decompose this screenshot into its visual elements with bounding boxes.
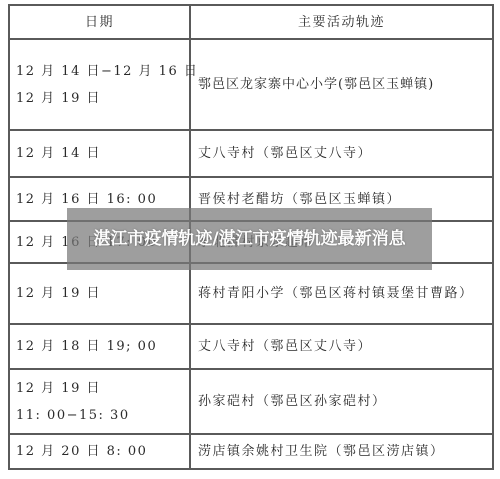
- table-row: 12 月 20 日 8: 00 涝店镇余姚村卫生院（鄠邑区涝店镇）: [10, 435, 492, 468]
- location-cell: 丈八寺村（鄠邑区丈八寺）: [191, 131, 492, 176]
- date-cell: 12 月 14 日: [10, 131, 191, 176]
- table-row: 12 月 19 日 11: 00−15: 30 孙家硙村（鄠邑区孙家硙村）: [10, 370, 492, 435]
- table-row: 12 月 18 日 19; 00 丈八寺村（鄠邑区丈八寺）: [10, 325, 492, 370]
- table-header-row: 日期 主要活动轨迹: [10, 6, 492, 40]
- date-cell: 12 月 19 日: [10, 264, 191, 323]
- title-overlay-banner: 湛江市疫情轨迹/湛江市疫情轨迹最新消息: [67, 208, 432, 270]
- location-cell: 丈八寺村（鄠邑区丈八寺）: [191, 325, 492, 368]
- date-cell: 12 月 19 日 11: 00−15: 30: [10, 370, 191, 433]
- table-row: 12 月 14 日−12 月 16 日 12 月 19 日 鄠邑区龙家寨中心小学…: [10, 40, 492, 131]
- table-row: 12 月 14 日 丈八寺村（鄠邑区丈八寺）: [10, 131, 492, 178]
- table-row: 12 月 19 日 蒋村青阳小学（鄠邑区蒋村镇聂堡甘曹路）: [10, 264, 492, 325]
- date-cell: 12 月 18 日 19; 00: [10, 325, 191, 368]
- location-cell: 孙家硙村（鄠邑区孙家硙村）: [191, 370, 492, 433]
- header-location: 主要活动轨迹: [191, 6, 492, 38]
- location-cell: 鄠邑区龙家寨中心小学(鄠邑区玉蝉镇): [191, 40, 492, 129]
- header-date: 日期: [10, 6, 191, 38]
- date-cell: 12 月 20 日 8: 00: [10, 435, 191, 468]
- overlay-title: 湛江市疫情轨迹/湛江市疫情轨迹最新消息: [85, 229, 415, 249]
- location-cell: 涝店镇余姚村卫生院（鄠邑区涝店镇）: [191, 435, 492, 468]
- date-cell: 12 月 14 日−12 月 16 日 12 月 19 日: [10, 40, 191, 129]
- location-cell: 蒋村青阳小学（鄠邑区蒋村镇聂堡甘曹路）: [191, 264, 492, 323]
